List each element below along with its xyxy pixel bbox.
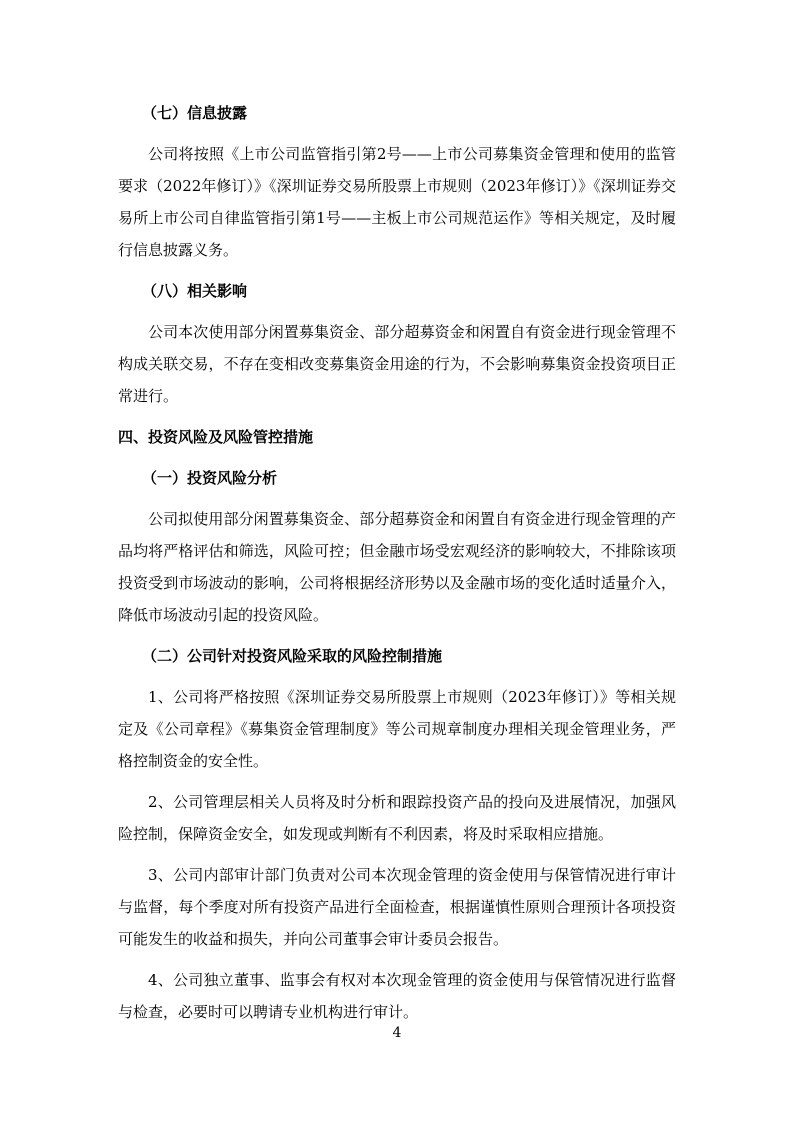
page-number: 4	[0, 1024, 794, 1042]
paragraph-disclosure-body: 公司将按照《上市公司监管指引第2号——上市公司募集资金管理和使用的监管要求（20…	[118, 138, 676, 266]
paragraph-control-measure-4: 4、公司独立董事、监事会有权对本次现金管理的资金使用与保管情况进行监督与检查，必…	[118, 964, 676, 1028]
document-content: （七）信息披露 公司将按照《上市公司监管指引第2号——上市公司募集资金管理和使用…	[118, 97, 676, 1037]
section-heading-8-impact: （八）相关影响	[118, 275, 676, 307]
paragraph-impact-body: 公司本次使用部分闲置募集资金、部分超募资金和闲置自有资金进行现金管理不构成关联交…	[118, 316, 676, 412]
chapter-heading-4-risk: 四、投资风险及风险管控措施	[118, 421, 676, 453]
paragraph-control-measure-3: 3、公司内部审计部门负责对公司本次现金管理的资金使用与保管情况进行审计与监督，每…	[118, 859, 676, 955]
paragraph-control-measure-1: 1、公司将严格按照《深圳证券交易所股票上市规则（2023年修订）》等相关规定及《…	[118, 681, 676, 777]
section-heading-2-risk-controls: （二）公司针对投资风险采取的风险控制措施	[118, 640, 676, 672]
section-heading-1-risk-analysis: （一）投资风险分析	[118, 462, 676, 494]
section-heading-7-disclosure: （七）信息披露	[118, 97, 676, 129]
paragraph-control-measure-2: 2、公司管理层相关人员将及时分析和跟踪投资产品的投向及进展情况，加强风险控制，保…	[118, 786, 676, 850]
paragraph-risk-analysis-body: 公司拟使用部分闲置募集资金、部分超募资金和闲置自有资金进行现金管理的产品均将严格…	[118, 503, 676, 631]
document-page: （七）信息披露 公司将按照《上市公司监管指引第2号——上市公司募集资金管理和使用…	[0, 0, 794, 1123]
